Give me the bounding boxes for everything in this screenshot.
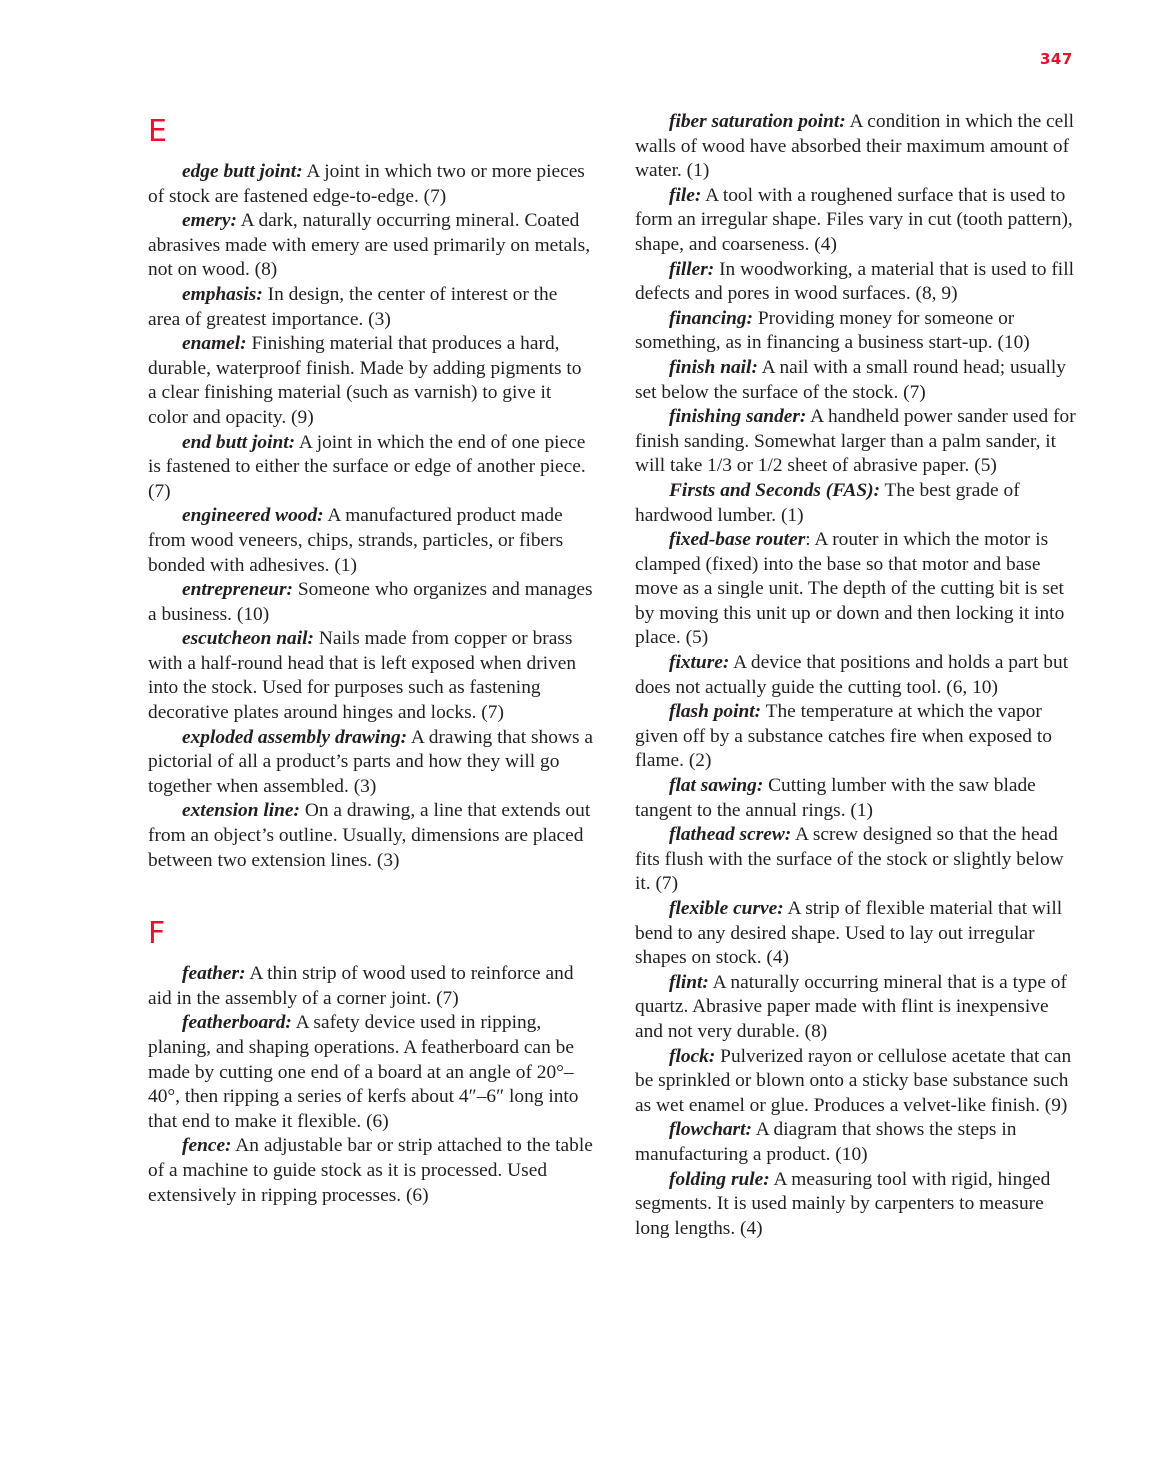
glossary-entry: flint: A naturally occurring mineral tha…	[635, 971, 1080, 1045]
glossary-entry: fixture: A device that positions and hol…	[635, 651, 1080, 700]
glossary-term: flat sawing:	[669, 775, 763, 796]
glossary-entry: filler: In woodworking, a material that …	[635, 258, 1080, 307]
glossary-term: feather:	[182, 963, 246, 984]
glossary-term: flash point:	[669, 701, 761, 722]
glossary-term: fixture:	[669, 652, 729, 673]
glossary-term: finishing sander:	[669, 406, 806, 427]
glossary-entry: flexible curve: A strip of flexible mate…	[635, 897, 1080, 971]
glossary-definition: A tool with a roughened surface that is …	[635, 185, 1073, 255]
glossary-term: flint:	[669, 972, 709, 993]
glossary-term: end butt joint:	[182, 432, 295, 453]
glossary-term: edge butt joint:	[182, 161, 303, 182]
glossary-entry: enamel: Finishing material that produces…	[148, 332, 593, 430]
glossary-term: enamel:	[182, 333, 247, 354]
glossary-entry: engineered wood: A manufactured product …	[148, 504, 593, 578]
glossary-term: filler:	[669, 259, 714, 280]
glossary-term: featherboard:	[182, 1012, 292, 1033]
glossary-entry: fixed-base router: A router in which the…	[635, 528, 1080, 651]
glossary-entry: finish nail: A nail with a small round h…	[635, 356, 1080, 405]
glossary-term: file:	[669, 185, 701, 206]
glossary-term: emphasis:	[182, 284, 263, 305]
glossary-entry: flock: Pulverized rayon or cellulose ace…	[635, 1045, 1080, 1119]
glossary-term: flowchart:	[669, 1119, 752, 1140]
glossary-term: folding rule:	[669, 1169, 770, 1190]
glossary-term: entrepreneur:	[182, 579, 293, 600]
glossary-entry: flathead screw: A screw designed so that…	[635, 823, 1080, 897]
glossary-entry: extension line: On a drawing, a line tha…	[148, 799, 593, 873]
glossary-term: extension line:	[182, 800, 300, 821]
glossary-entry: exploded assembly drawing: A drawing tha…	[148, 726, 593, 800]
glossary-term: fixed-base router	[669, 529, 805, 550]
glossary-entry: fiber saturation point: A condition in w…	[635, 110, 1080, 184]
glossary-entry: flowchart: A diagram that shows the step…	[635, 1118, 1080, 1167]
section-heading-f: F	[148, 919, 593, 949]
section-heading-e: E	[148, 117, 593, 147]
glossary-entry: feather: A thin strip of wood used to re…	[148, 962, 593, 1011]
glossary-term: finish nail:	[669, 357, 758, 378]
glossary-entry: emphasis: In design, the center of inter…	[148, 283, 593, 332]
glossary-entry: file: A tool with a roughened surface th…	[635, 184, 1080, 258]
glossary-entry: financing: Providing money for someone o…	[635, 307, 1080, 356]
glossary-term: escutcheon nail:	[182, 628, 314, 649]
glossary-term: flathead screw:	[669, 824, 791, 845]
glossary-entry: finishing sander: A handheld power sande…	[635, 405, 1080, 479]
glossary-entry: end butt joint: A joint in which the end…	[148, 431, 593, 505]
glossary-entry: flat sawing: Cutting lumber with the saw…	[635, 774, 1080, 823]
glossary-entry: flash point: The temperature at which th…	[635, 700, 1080, 774]
glossary-entry: entrepreneur: Someone who organizes and …	[148, 578, 593, 627]
glossary-entry: edge butt joint: A joint in which two or…	[148, 160, 593, 209]
glossary-column-right: fiber saturation point: A condition in w…	[635, 0, 1080, 1241]
glossary-term: flexible curve:	[669, 898, 784, 919]
glossary-term: financing:	[669, 308, 753, 329]
glossary-term: fence:	[182, 1135, 232, 1156]
glossary-entry: fence: An adjustable bar or strip attach…	[148, 1134, 593, 1208]
glossary-term: fiber saturation point:	[669, 111, 846, 132]
glossary-term: exploded assembly drawing:	[182, 727, 407, 748]
glossary-entry: emery: A dark, naturally occurring miner…	[148, 209, 593, 283]
glossary-term: flock:	[669, 1046, 715, 1067]
glossary-entry: featherboard: A safety device used in ri…	[148, 1011, 593, 1134]
glossary-term: emery:	[182, 210, 237, 231]
glossary-entry: escutcheon nail: Nails made from copper …	[148, 627, 593, 725]
glossary-entry: Firsts and Seconds (FAS): The best grade…	[635, 479, 1080, 528]
glossary-column-left: E edge butt joint: A joint in which two …	[148, 0, 593, 1208]
glossary-term: Firsts and Seconds (FAS):	[669, 480, 880, 501]
glossary-entry: folding rule: A measuring tool with rigi…	[635, 1168, 1080, 1242]
glossary-term: engineered wood:	[182, 505, 324, 526]
